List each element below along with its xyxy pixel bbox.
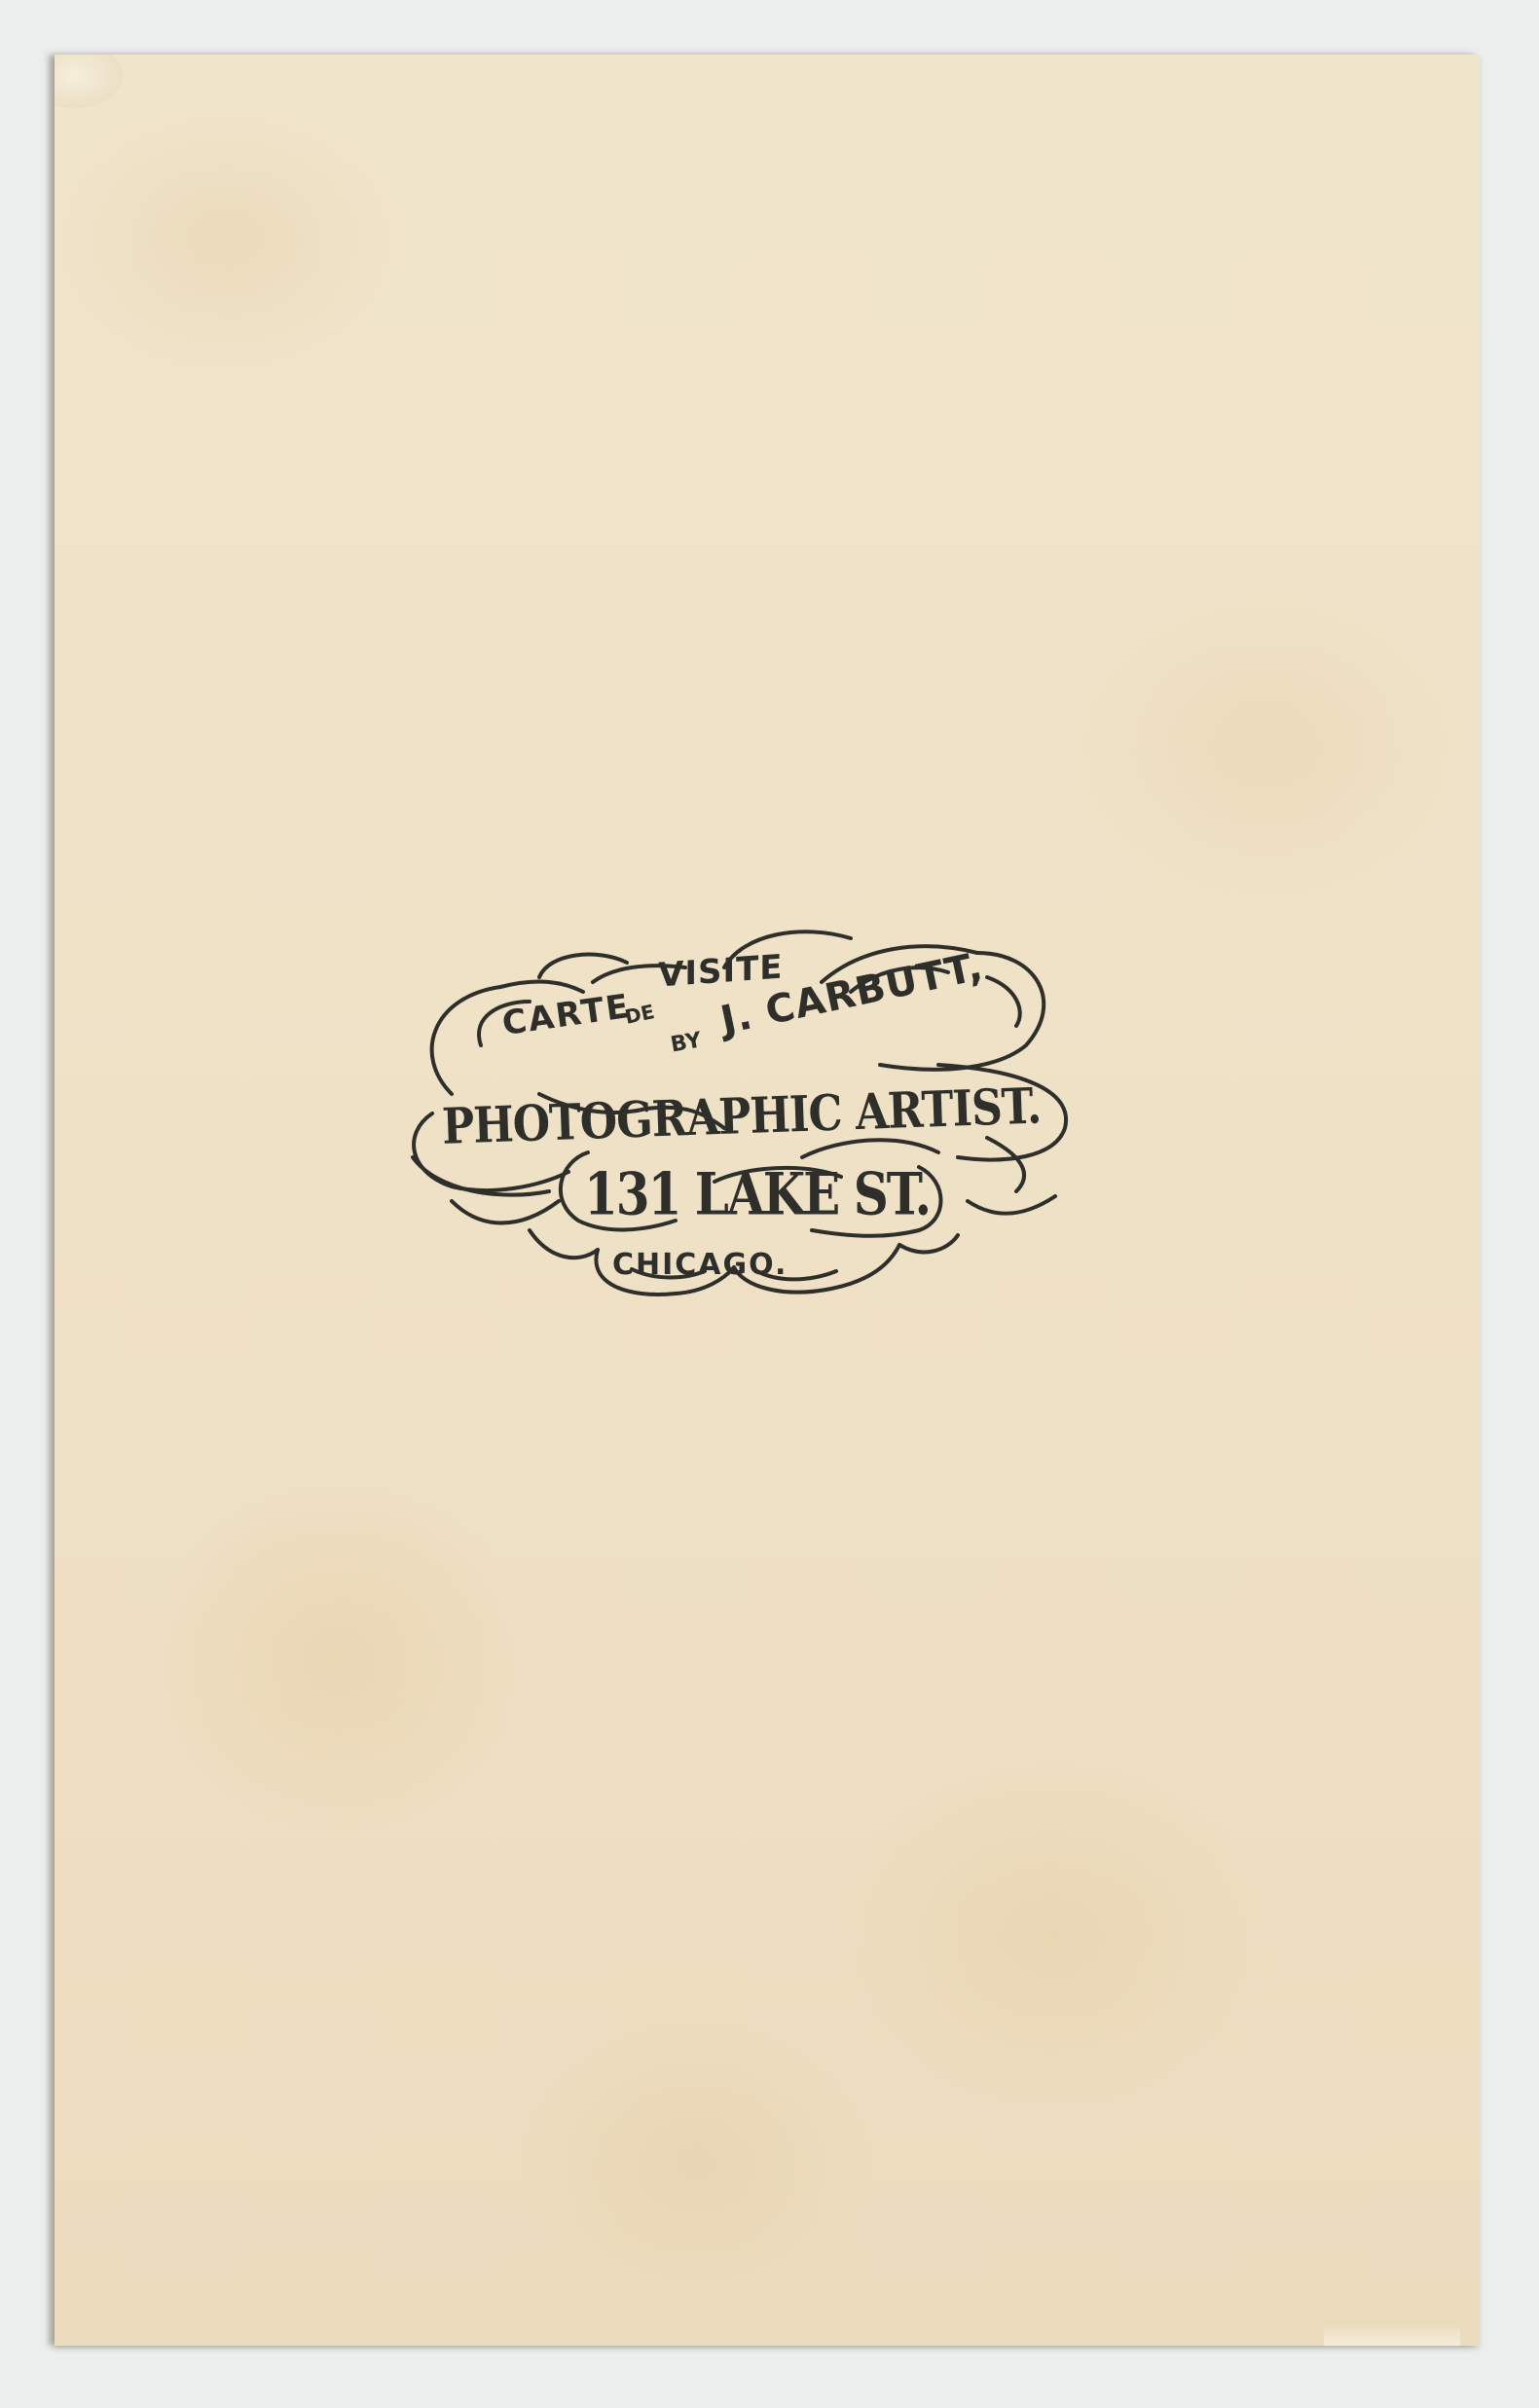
stamp-text-address: 131 LAKE ST. bbox=[584, 1159, 930, 1228]
photographer-stamp: CARTE DE VISITE BY J. CARBUTT, PHOTOGRAP… bbox=[393, 909, 1094, 1298]
worn-corner bbox=[55, 55, 123, 108]
worn-bottom-edge bbox=[1324, 2324, 1460, 2346]
stamp-text-city: CHICAGO. bbox=[612, 1248, 788, 1282]
